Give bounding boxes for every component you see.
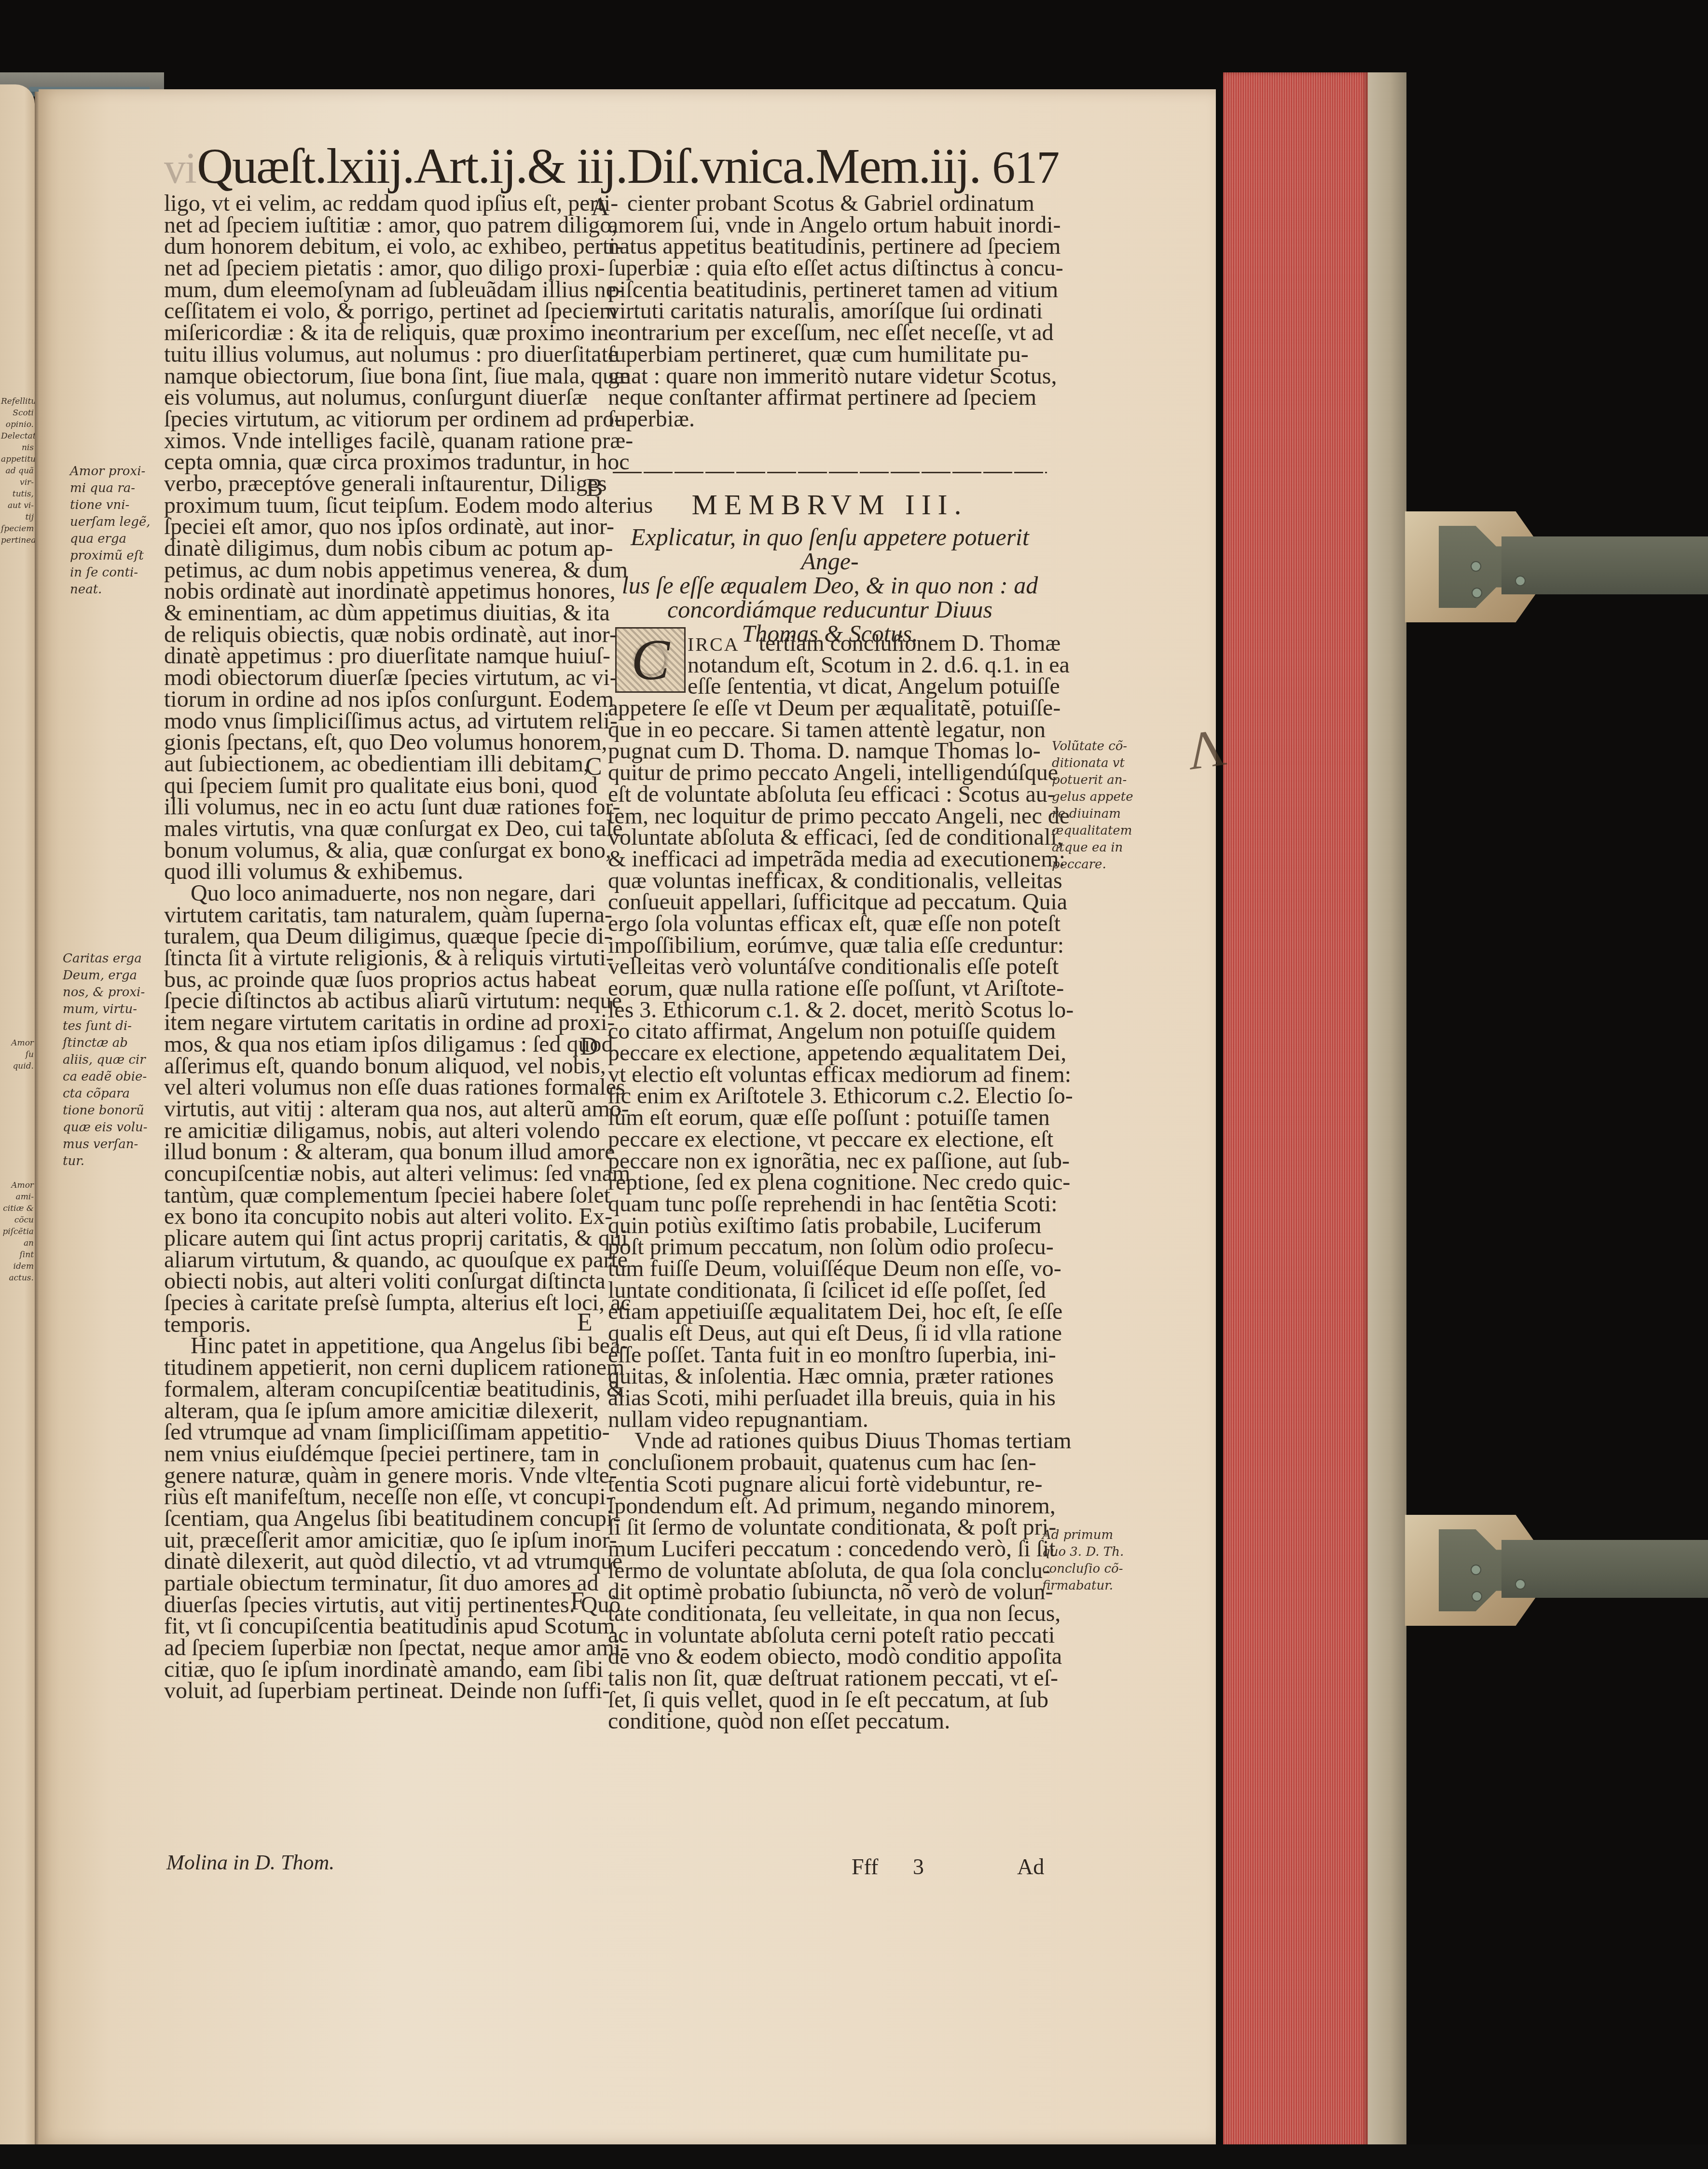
- text-line: appetere ſe eſſe vt Deum per æqualitatẽ,…: [608, 698, 1052, 719]
- text-line: peccare ex electione, vt peccare ex elec…: [608, 1129, 1052, 1151]
- text-line: mos, & qua nos etiam ipſos diligamus : ſ…: [164, 1034, 598, 1056]
- text-line: titudinem appetierit, non cerni duplicem…: [164, 1357, 598, 1379]
- text-line: natus appetitus beatitudinis, pertinere …: [608, 236, 1052, 258]
- rivet-icon: [1472, 1565, 1480, 1574]
- text-line: cienter probant Scotus & Gabriel ordinat…: [608, 193, 1052, 215]
- text-line: peccare ex electione, appetendo æqualita…: [608, 1043, 1052, 1064]
- text-line: amorem ſui, vnde in Angelo ortum habuit …: [608, 215, 1052, 236]
- text-line: temporis.: [164, 1314, 598, 1336]
- text-line: diuerſas ſpecies virtutis, aut vitij per…: [164, 1594, 598, 1616]
- previous-page-edge: Refellitur Scoti opinio. Delectatio- nis…: [0, 84, 35, 2144]
- text-line: virtuti caritatis naturalis, amoríſque ſ…: [608, 301, 1052, 322]
- text-line: aliarum virtutum, & quando, ac quouſque …: [164, 1249, 598, 1271]
- text-line: tum fuiſſe Deum, voluiſſéque Deum non eſ…: [608, 1258, 1052, 1280]
- text-line: ac in voluntate abſoluta cerni poteſt ra…: [608, 1625, 1052, 1647]
- red-page-edges: [1223, 72, 1368, 2147]
- text-line: gnat : quare non immeritò nutare videtur…: [608, 366, 1052, 387]
- margin-note-right: Ad primum quo 3. D. Th. concluſio cõ- fi…: [1042, 1527, 1148, 1594]
- rivet-icon: [1472, 562, 1480, 571]
- text-line: contrarium per exceſſum, nec eſſet neceſ…: [608, 322, 1052, 344]
- text-line: de reliquis obiectis, quæ nobis ordinatè…: [164, 624, 598, 646]
- section-letter-d: D: [580, 1032, 598, 1061]
- section-divider-rule: [613, 472, 1047, 473]
- catchword: Ad: [1017, 1854, 1044, 1880]
- text-line: Vnde ad rationes quibus Diuus Thomas ter…: [608, 1430, 1052, 1452]
- text-line: ſpeciei eſt amor, quo nos ipſos ordinatè…: [164, 516, 598, 538]
- text-line: quæ voluntas inefficax, & conditionalis,…: [608, 870, 1052, 892]
- back-cover-board: [1368, 72, 1406, 2147]
- text-line: virtutis, aut vitij : alteram qua nos, a…: [164, 1098, 598, 1120]
- text-line: fit, vt ſi concupiſcentia beatitudinis a…: [164, 1616, 598, 1637]
- text-line: miſericordiæ : & ita de reliquis, quæ pr…: [164, 322, 598, 344]
- text-line: conditione, quòd non eſſet peccatum.: [608, 1711, 1052, 1732]
- text-line: plicare autem qui ſint actus proprij car…: [164, 1228, 598, 1249]
- margin-note-right: Volũtate cõ- ditionata vt potuerit an- g…: [1052, 738, 1158, 873]
- text-line: Hinc patet in appetitione, qua Angelus ſ…: [164, 1335, 598, 1357]
- text-line: virtutem caritatis, tam naturalem, quàm …: [164, 905, 598, 926]
- text-line: tentia Scoti pugnare alicui fortè videbu…: [608, 1474, 1052, 1496]
- signature-mark: Fff 3: [852, 1854, 924, 1880]
- text-line: quitas, & inſolentia. Hæc omnia, præter …: [608, 1366, 1052, 1387]
- section-letter-e: E: [577, 1308, 592, 1337]
- text-line: qui ſpeciem ſumit pro qualitate eius bon…: [164, 775, 598, 797]
- text-line: males virtutis, vna quæ conſurgat ex Deo…: [164, 818, 598, 840]
- text-line: voluit, ad ſuperbiam pertineat. Deinde n…: [164, 1680, 598, 1702]
- text-line: verbo, præceptóve generali inſtaurentur,…: [164, 473, 598, 495]
- text-line: eſt de voluntate abſoluta ſeu efficaci :…: [608, 784, 1052, 806]
- text-line: IRCAtertiam concluſionem D. Thomæ: [608, 633, 1052, 655]
- section-letter-b: B: [586, 474, 603, 502]
- text-line: velleitas verò voluntáſve conditionalis …: [608, 956, 1052, 978]
- previous-page-margin-note: Amor ſu quid.: [1, 1037, 34, 1072]
- text-line: tuitu illius volumus, aut nolumus : pro …: [164, 344, 598, 366]
- text-line: impoſſibilium, eorúmve, quæ talia eſſe c…: [608, 935, 1052, 957]
- text-line: voluntate abſoluta & efficaci, ſed de co…: [608, 827, 1052, 849]
- text-line: quod illi volumus & exhibemus.: [164, 861, 598, 883]
- text-line: ſpecies virtutum, ac vitiorum per ordine…: [164, 409, 598, 430]
- background-surface: [0, 2144, 1708, 2169]
- text-line: concupiſcentiæ nobis, aut alteri velimus…: [164, 1163, 598, 1185]
- text-line: nullam video repugnantiam.: [608, 1409, 1052, 1431]
- text-line: de vno & eodem obiecto, modò conditio ap…: [608, 1646, 1052, 1668]
- signature-letters: Fff: [852, 1854, 878, 1879]
- text-line: modi obiectorum diuerſæ ſpecies virtutum…: [164, 667, 598, 689]
- text-line: & inefficaci ad impetrãda media ad execu…: [608, 849, 1052, 870]
- text-line: ligo, vt ei velim, ac reddam quod ipſius…: [164, 193, 598, 215]
- text-line: ſpecie diſtinctos ab actibus aliarũ virt…: [164, 990, 598, 1012]
- text-line: bus, ac proinde quæ ſuos proprios actus …: [164, 969, 598, 991]
- rivet-icon: [1473, 1592, 1481, 1601]
- text-line: tate conditionata, ſeu velleitate, in qu…: [608, 1603, 1052, 1625]
- text-line: petimus, ac dum nobis appetimus venerea,…: [164, 560, 598, 581]
- running-header-title: Quæſt.lxiij.Art.ij.& iij.Diſ.vnica.Mem.i…: [197, 138, 980, 194]
- text-line: ſet, ſi quis vellet, quod in ſe eſt pecc…: [608, 1689, 1052, 1711]
- text-line: eſſe ſententia, vt dicat, Angelum potuiſ…: [608, 676, 1052, 698]
- text-line: reptione, ſed ex plena cognitione. Nec c…: [608, 1172, 1052, 1194]
- text-line: co citato affirmat, Angelum non potuiſſe…: [608, 1021, 1052, 1043]
- show-through-text: vi: [164, 145, 196, 192]
- text-line: ex bono ita concupito nobis aut alteri v…: [164, 1206, 598, 1228]
- text-line: pugnat cum D. Thoma. D. namque Thomas lo…: [608, 741, 1052, 762]
- rivet-icon: [1516, 1580, 1525, 1589]
- section-letter-a: A: [591, 193, 609, 221]
- right-text-column-top: cienter probant Scotus & Gabriel ordinat…: [608, 193, 1052, 430]
- text-line: nem vnius eiuſdémque ſpeciei pertinere, …: [164, 1443, 598, 1465]
- rivet-icon: [1516, 577, 1525, 585]
- text-line: obiecti nobis, aut alteri voliti conſurg…: [164, 1271, 598, 1292]
- text-line: dinatè diligimus, dum nobis cibum ac pot…: [164, 538, 598, 560]
- text-line: eſſe poſſet. Tanta fuit in eo monſtro ſu…: [608, 1345, 1052, 1366]
- text-line: net ad ſpeciem iuſtitiæ : amor, quo patr…: [164, 215, 598, 236]
- text-line: illi volumus, nec in eo actu ſunt duæ ra…: [164, 796, 598, 818]
- text-line: formalem, alteram concupiſcentiæ beatitu…: [164, 1379, 598, 1400]
- left-text-column: ligo, vt ei velim, ac reddam quod ipſius…: [164, 193, 598, 1702]
- previous-page-margin-note: Amor ami- citiæ & cõcu piſcẽtia an ſint …: [1, 1180, 34, 1284]
- text-line: riùs eſt manifeſtum, neceſſe non eſſe, v…: [164, 1486, 598, 1508]
- text-line: tantùm, quæ complementum ſpeciei habere …: [164, 1185, 598, 1207]
- margin-note-left: Amor proxi- mi qua ra- tione vni- uerſam…: [70, 463, 157, 598]
- text-line: eis volumus, aut nolumus, conſurgunt diu…: [164, 387, 598, 409]
- rivet-icon: [1473, 589, 1481, 597]
- text-line: peccare non ex ignorãtia, nec ex paſſion…: [608, 1151, 1052, 1172]
- text-line: ſuperbiæ : quia eſto eſſet actus diſtinc…: [608, 258, 1052, 279]
- text-line: ceſſitatem ei volo, & porrigo, pertinet …: [164, 301, 598, 322]
- text-line: ſuperbiam pertineret, quæ cum humilitate…: [608, 344, 1052, 366]
- margin-note-left: Caritas erga Deum, erga nos, & proxi- mu…: [63, 950, 154, 1170]
- text-line: conſueuit appellari, ſufficitque ad pecc…: [608, 892, 1052, 913]
- clasp-strap: [1501, 536, 1708, 594]
- text-line: namque obiectorum, ſiue bona ſint, ſiue …: [164, 366, 598, 387]
- footer-attribution: Molina in D. Thom.: [166, 1850, 334, 1875]
- text-line: partiale obiectum terminatur, ſit duo am…: [164, 1573, 598, 1594]
- text-line: tiorum in ordine ad nos ipſos conſurgunt…: [164, 689, 598, 711]
- text-line: tem, nec loquitur de primo peccato Angel…: [608, 806, 1052, 827]
- text-line: quitur de primo peccato Angeli, intellig…: [608, 762, 1052, 784]
- page-number: 617: [992, 141, 1059, 193]
- text-line: mum, dum eleemoſynam ad ſubleuãdam illiu…: [164, 279, 598, 301]
- right-text-column-body: IRCAtertiam concluſionem D. Thomænotandu…: [608, 633, 1052, 1732]
- upper-clasp: [1405, 511, 1708, 622]
- text-line: illud bonum : & alteram, qua bonum illud…: [164, 1141, 598, 1163]
- text-line: re amicitiæ diligamus, nobis, aut alteri…: [164, 1120, 598, 1142]
- text-line: ſcentiam, qua Angelus ſibi beatitudinem …: [164, 1508, 598, 1530]
- lower-clasp: [1405, 1515, 1708, 1626]
- text-line: alteram, qua ſe ipſum amore amicitiæ dil…: [164, 1400, 598, 1422]
- text-line: mum Luciferi peccatum : concedendo verò,…: [608, 1538, 1052, 1560]
- text-line: qualis eſt Deus, aut qui eſt Deus, ſi id…: [608, 1323, 1052, 1345]
- text-line: dinatè appetimus : pro diuerſitate namqu…: [164, 645, 598, 667]
- text-line: & eminentiam, ac dùm appetimus diuitias,…: [164, 603, 598, 624]
- text-line: dit optimè probatio ſubiuncta, nõ verò d…: [608, 1581, 1052, 1603]
- text-line: ſed vtrumque ad vnam ſimpliciſſimam appe…: [164, 1422, 598, 1443]
- text-line: ſermo de voluntate abſoluta, de qua ſola…: [608, 1560, 1052, 1582]
- text-line: ſic enim ex Ariſtotele 3. Ethicorum c.2.…: [608, 1085, 1052, 1107]
- text-line: aut ſubiectionem, ac obedientiam illi de…: [164, 754, 598, 775]
- text-line: ximos. Vnde intelliges facilè, quanam ra…: [164, 430, 598, 452]
- section-letter-f: F: [570, 1587, 584, 1616]
- text-line: ſpecies à caritate preſsè ſumpta, alteri…: [164, 1292, 598, 1314]
- book-gutter: [35, 92, 39, 2147]
- text-line: luntate conditionata, ſi ſcilicet id eſſ…: [608, 1280, 1052, 1302]
- clasp-strap: [1501, 1540, 1708, 1598]
- text-line: neque conſtanter affirmat pertinere ad ſ…: [608, 387, 1052, 409]
- text-line: que in eo peccare. Si tamen attentè lega…: [608, 719, 1052, 741]
- text-line: eorum, quæ nulla ratione eſſe poſſunt, v…: [608, 978, 1052, 1000]
- text-line: item negare virtutem caritatis in ordine…: [164, 1012, 598, 1034]
- signature-number: 3: [913, 1854, 924, 1879]
- text-line: nobis ordinatè aut inordinatè appetimus …: [164, 581, 598, 603]
- text-line: ad ſpeciem ſuperbiæ non ſpectat, neque a…: [164, 1637, 598, 1659]
- text-line: aſſerimus eſt, quando bonum aliquod, vel…: [164, 1056, 598, 1077]
- section-letter-c: C: [585, 753, 602, 781]
- handwritten-ink-mark: Ʌ: [1183, 716, 1230, 782]
- text-line: notandum eſt, Scotum in 2. d.6. q.1. in …: [608, 655, 1052, 676]
- text-line: ſuperbiæ.: [608, 409, 1052, 430]
- text-line: talis non ſit, quæ deſtruat rationem pec…: [608, 1668, 1052, 1689]
- text-line: les 3. Ethicorum c.1. & 2. docet, meritò…: [608, 1000, 1052, 1021]
- text-line: etiam appetiuiſſe æqualitatem Dei, hoc e…: [608, 1301, 1052, 1323]
- text-line: modo vnus ſimpliciſſimus actus, ad virtu…: [164, 711, 598, 732]
- previous-page-margin-note: Refellitur Scoti opinio. Delectatio- nis…: [1, 396, 34, 546]
- text-line: vel alteri volumus non eſſe duas ratione…: [164, 1077, 598, 1098]
- text-line: genere naturæ, quàm in genere moris. Vnd…: [164, 1465, 598, 1487]
- text-line: quam tunc poſſe reprehendi in hac ſentẽt…: [608, 1194, 1052, 1215]
- text-line: ſpondendum eſt. Ad primum, negando minor…: [608, 1496, 1052, 1517]
- text-line: cepta omnia, quæ circa proximos traduntu…: [164, 452, 598, 473]
- text-line: bonum volumus, & alia, quæ conſurgat ex …: [164, 840, 598, 862]
- text-line: lùm eſt eorum, quæ eſſe poſſunt : potuiſ…: [608, 1107, 1052, 1129]
- text-line: ergo ſola voluntas efficax eſt, quæ eſſe…: [608, 913, 1052, 935]
- text-line: quin potiùs exiſtimo ſatis probabile, Lu…: [608, 1215, 1052, 1237]
- text-line: piſcentia beatitudinis, pertineret tamen…: [608, 279, 1052, 301]
- text-line: concluſionem probauit, quatenus cum hac …: [608, 1452, 1052, 1474]
- text-line: poſt primum peccatum, non ſolùm odio pro…: [608, 1236, 1052, 1258]
- text-line: vt electio eſt voluntas efficax mediorum…: [608, 1064, 1052, 1086]
- text-line: citiæ, quo ſe ipſum inordinatè amando, e…: [164, 1659, 598, 1681]
- text-line: gionis ſpectans, eſt, quo Deo volumus ho…: [164, 732, 598, 754]
- text-line: ſi ſit ſermo de voluntate conditionata, …: [608, 1517, 1052, 1538]
- text-line: turalem, qua Deum diligimus, quæque ſpec…: [164, 926, 598, 947]
- text-line: dum honorem debitum, ei volo, ac exhibeo…: [164, 236, 598, 258]
- running-header: viQuæſt.lxiij.Art.ij.& iij.Diſ.vnica.Mem…: [164, 137, 1081, 195]
- text-line: Quo loco animaduerte, nos non negare, da…: [164, 883, 598, 905]
- section-title: MEMBRVM III.: [613, 488, 1047, 522]
- text-line: net ad ſpeciem pietatis : amor, quo dili…: [164, 258, 598, 279]
- text-line: alias Scoti, mihi perſuadet illa breuis,…: [608, 1387, 1052, 1409]
- text-line: ſtincta ſit à virtute religionis, & à re…: [164, 947, 598, 969]
- text-line: proximum tuum, ſicut teipſum. Eodem modo…: [164, 495, 598, 517]
- text-line: uit, præceſſerit amor amicitiæ, quo ſe i…: [164, 1530, 598, 1551]
- text-line: dinatè dilexerit, aut quòd dilectio, vt …: [164, 1551, 598, 1573]
